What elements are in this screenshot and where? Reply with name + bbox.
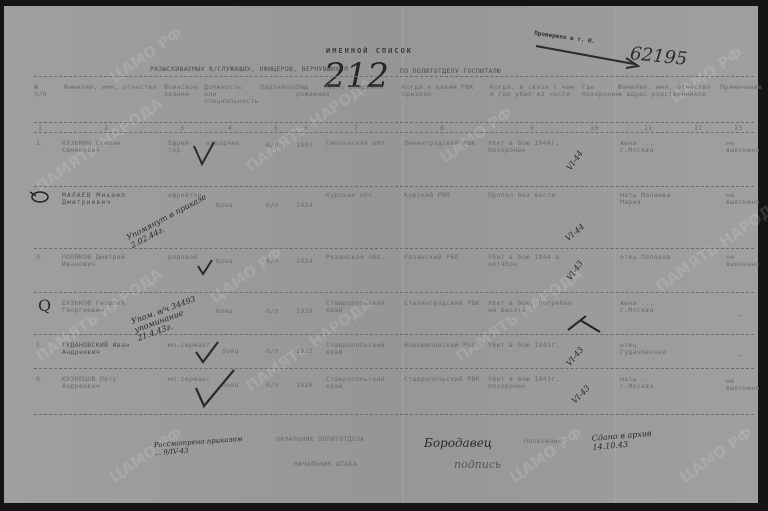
footer-label-political-dept: НАЧАЛЬНИК ПОЛИТОТДЕЛА	[276, 436, 364, 443]
row-name: ПОЛЯКОВ Дмитрий Иванович	[62, 254, 158, 268]
column-number: 8	[440, 125, 444, 132]
row-name: КУЗНЕЦОВ Петр Андреевич	[62, 376, 158, 390]
row-note: —	[738, 352, 742, 359]
row-fate: Убит в бою, погребен на высоте	[488, 300, 578, 314]
col-header-party: Партийность	[260, 84, 294, 91]
column-number: 11	[644, 125, 652, 132]
row-separator	[34, 186, 754, 187]
row-relatives: жена ... г.Москва	[620, 140, 676, 154]
checkmark-icon	[192, 140, 216, 166]
col-header-burial: Где похоронен	[582, 84, 614, 98]
watermark: ЦАМО РФ	[676, 423, 755, 486]
row-number: 1.	[36, 140, 44, 147]
circled-mark-icon	[28, 190, 52, 204]
watermark: ЦАМО РФ	[206, 243, 285, 306]
row-position: боец	[222, 348, 239, 355]
column-number: 2	[104, 125, 108, 132]
col-header-relatives: Фамилия, имя, отчество и адрес родственн…	[618, 84, 714, 98]
row-number: 3.	[36, 254, 44, 261]
row-birthplace: Курская обл.	[326, 192, 396, 199]
archive-note: Сдано в архив 14.10.43	[591, 426, 682, 452]
row-position: боец	[216, 202, 233, 209]
row-fate: Убит в бою 1944 в октябре	[488, 254, 578, 268]
row-note: не выяснено	[726, 254, 756, 268]
col-header-birthplace: Место рождения	[324, 84, 394, 91]
column-number: 10	[590, 125, 598, 132]
row-draft: Ворошиловский РВК	[404, 342, 484, 349]
row-name: КУЗЬМИН Степан Семенович	[62, 140, 158, 154]
footer-label-chief-of-staff: НАЧАЛЬНИК ШТАБА	[294, 461, 357, 468]
row-year: 1920	[296, 308, 313, 315]
row-relatives: жена ... г.Москва	[620, 300, 676, 314]
column-number: 7	[354, 125, 358, 132]
row-party: б/п	[266, 308, 279, 315]
row-rank: рядовой	[168, 254, 198, 261]
row-fate: Убит в бою 1943г. похоронен	[488, 376, 578, 390]
row-birthplace: Рязанская обл.	[326, 254, 396, 261]
column-number: 12	[694, 125, 702, 132]
watermark: ЦАМО РФ	[436, 103, 515, 166]
row-year: 1907	[296, 142, 313, 149]
row-separator	[34, 414, 754, 415]
row-year: 1924	[296, 258, 313, 265]
col-header-note: Примечание	[720, 84, 756, 91]
signature: подпись	[454, 458, 501, 471]
checkmark-icon	[196, 258, 214, 276]
row-birthplace: Ставропольский край	[326, 300, 396, 314]
row-annotation: VI-44	[564, 222, 587, 243]
column-number: 9	[530, 125, 534, 132]
row-fate: Пропал без вести	[488, 192, 578, 199]
column-number: 13	[734, 125, 742, 132]
stamp-arrow-icon	[534, 42, 644, 72]
column-number: 4	[228, 125, 232, 132]
document-subtitle-left: РАЗЫСКИВАЕМЫХ В/СЛУЖАЩИХ, ОФИЦЕРОВ, ВЕРН…	[150, 66, 348, 73]
row-party: б/п	[266, 348, 279, 355]
col-header-rank: Воинское звание	[164, 84, 204, 98]
footer-rank: Полковник	[524, 438, 562, 445]
row-relatives: мать ... г.Москва	[620, 376, 676, 390]
paper-fold	[614, 6, 616, 503]
row-name: ГУДАНОВСКИЙ Иван Андреевич	[62, 342, 158, 356]
checkmark-icon	[194, 340, 220, 364]
checkmark-icon	[194, 368, 238, 410]
row-separator	[34, 368, 754, 369]
row-q-mark: Q	[38, 296, 51, 315]
row-note: не выяснено	[726, 378, 756, 392]
column-number: 1	[38, 125, 42, 132]
col-header-name: Фамилия, имя, отчество	[64, 84, 157, 91]
row-fate: Убит в бою 1944г. похоронен	[488, 140, 578, 154]
row-party: б/п	[266, 258, 279, 265]
row-draft: Курский РВК	[404, 192, 484, 199]
header-rule-top	[34, 76, 754, 77]
row-separator	[34, 292, 754, 293]
col-header-num: № п/п	[34, 84, 50, 98]
row-party: б/п	[266, 382, 279, 389]
row-name: МАЛАЕВ Михаил Дмитриевич	[62, 192, 158, 206]
row-relatives: отец Гудановский	[620, 342, 676, 356]
row-party: б/п	[266, 142, 279, 149]
document-sheet: ЦАМО РФ ПАМЯТЬ НАРОДА ПАМЯТЬ НАРОДА ЦАМО…	[4, 6, 758, 503]
watermark: ЦАМО РФ	[506, 423, 585, 486]
col-header-position: Должность или специальность	[204, 84, 250, 105]
cross-mark-icon	[566, 312, 602, 334]
signature: Бородавец	[424, 436, 492, 450]
column-number-rule	[34, 132, 754, 133]
row-number: 6.	[36, 376, 44, 383]
row-relatives: отец Поляков	[620, 254, 676, 261]
header-rule-bottom	[34, 122, 754, 123]
row-birthplace: Ставропольский край	[326, 342, 396, 356]
column-number: 5	[274, 125, 278, 132]
row-draft: Рязанский РВК	[404, 254, 484, 261]
row-year: 1924	[296, 202, 313, 209]
col-header-draft: Когда и каким РВК призван	[402, 84, 484, 98]
row-party: б/п	[266, 202, 279, 209]
row-draft: Ленинградский РВК	[404, 140, 484, 147]
row-birthplace: Ставропольский край	[326, 376, 396, 390]
row-number: 5.	[36, 342, 44, 349]
col-header-fate: Когда, в связи с чем и где убыл из части	[490, 84, 580, 98]
watermark: ЦАМО РФ	[106, 23, 185, 86]
row-birthplace: Смоленская обл.	[326, 140, 396, 147]
document-title: ИМЕННОЙ СПИСОК	[326, 48, 413, 55]
row-draft: Сталинградский РВК	[404, 300, 484, 307]
watermark: ПАМЯТЬ НАРОДА	[652, 194, 768, 295]
row-fate: Убит в бою 1943г.	[488, 342, 578, 349]
row-draft: Ставропольский РВК	[404, 376, 484, 383]
row-note: —	[738, 312, 742, 319]
document-subtitle-right: ПО ПОЛИТОТДЕЛУ ГОСПИТАЛЮ	[400, 68, 501, 75]
row-note: не выяснено	[726, 192, 756, 206]
col-header-year: Год рождения	[296, 84, 322, 98]
row-relatives: мать Малаева Мария	[620, 192, 676, 206]
row-separator	[34, 248, 754, 249]
row-year: 1920	[296, 382, 313, 389]
row-position: боец	[216, 258, 233, 265]
row-year: 1922	[296, 348, 313, 355]
column-number: 6	[304, 125, 308, 132]
column-number: 3	[180, 125, 184, 132]
row-note: не выяснено	[726, 140, 756, 154]
